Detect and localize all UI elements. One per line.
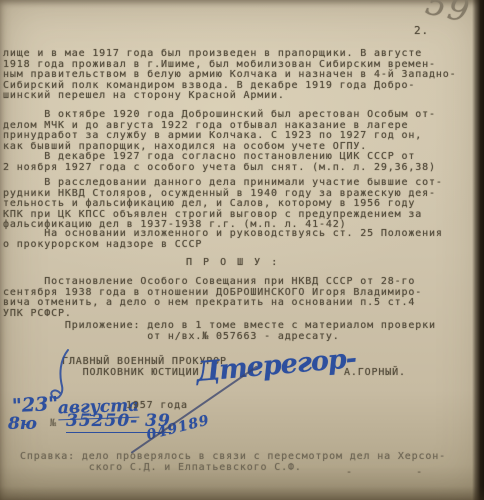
paragraph-investigation: В расследовании данного дела принимали у…: [3, 178, 443, 231]
paragraph-resolution: Постановление Особого Совещания при НКВД…: [3, 277, 422, 319]
typed-year: 1957 года: [126, 401, 188, 412]
attachment-note: Приложение: дело в 1 томе вместе с матер…: [3, 321, 436, 342]
scan-edge-shadow-bottom: [0, 486, 484, 500]
signature-scribble: Дтерегор-: [195, 343, 357, 388]
scan-edge-shadow-right: [472, 0, 484, 500]
handwritten-reg-prefix: 8ю: [8, 414, 37, 434]
request-heading: П Р О Ш У :: [186, 258, 280, 269]
document-scan: 59 2. лище и в мае 1917 года был произве…: [0, 0, 484, 500]
paragraph-arrest: В октябре 1920 года Доброшинский был аре…: [3, 110, 436, 174]
pencil-page-mark: 59: [423, 0, 475, 30]
paragraph-legal-basis: На основании изложенного и руководствуяс…: [3, 229, 443, 250]
paragraph-continuation: лище и в мае 1917 года был произведен в …: [3, 49, 456, 102]
page-number: 2.: [414, 26, 429, 37]
typed-number-sign: №: [50, 419, 57, 430]
faint-dash-marks: - - -: [346, 468, 484, 479]
